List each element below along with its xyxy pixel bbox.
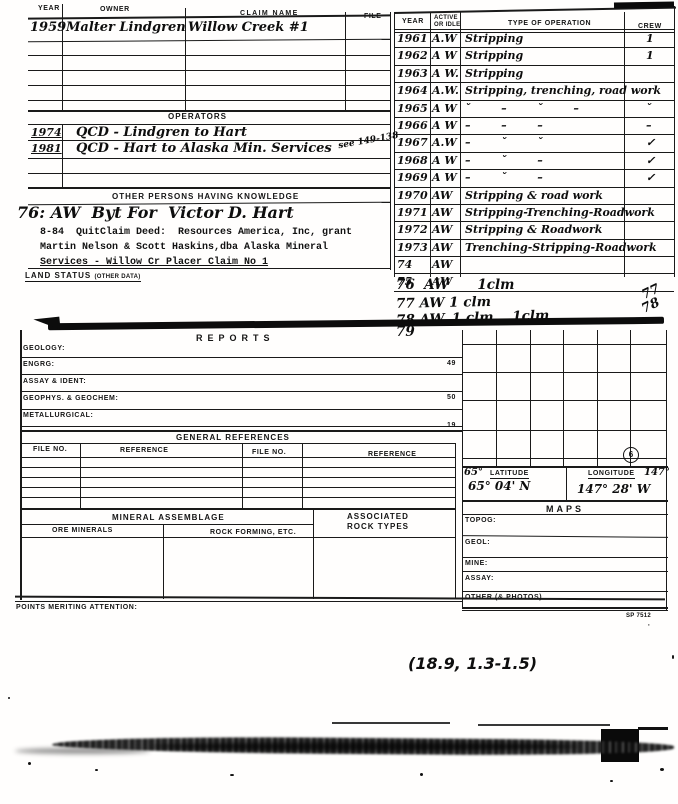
reports-row-geophys-geochem: GEOPHYS. & GEOCHEM: — [23, 395, 118, 402]
scan-speck — [8, 697, 10, 699]
scan-speck — [230, 774, 234, 776]
maps-row-geol: GEOL: — [465, 539, 490, 546]
activity-header-active: ACTIVE — [434, 15, 458, 21]
circled-number-6: 6 — [623, 447, 639, 463]
rule — [462, 571, 668, 572]
rule — [20, 508, 455, 510]
rule — [20, 457, 455, 458]
operators-title: OPERATORS — [168, 112, 227, 121]
cell-ai: A.W. — [430, 83, 460, 99]
rule — [28, 173, 390, 174]
cell-year: 1968 — [394, 153, 430, 169]
longitude-value: 147° 28' W — [577, 483, 650, 495]
divider — [163, 524, 164, 599]
divider — [242, 443, 243, 508]
scan-artifact-dash — [478, 724, 610, 726]
claim-entry-year: 1959 — [30, 21, 66, 34]
rule — [20, 497, 455, 498]
reports-row-metallurgical: METALLURGICAL: — [23, 412, 93, 419]
cell-crew: ✓ — [624, 153, 674, 169]
cell-op: – ˇ ˇ — [460, 135, 624, 151]
scan-smudge-core — [150, 742, 580, 751]
scan-smudge-tail — [15, 748, 150, 754]
rule — [462, 400, 666, 401]
cell-crew: 1 — [624, 31, 674, 47]
rule — [462, 535, 668, 538]
cell-year: 1971 — [394, 205, 430, 221]
divider — [630, 330, 631, 466]
ore-minerals-label: ORE MINERALS — [52, 527, 113, 534]
cell-crew: ✓ — [624, 135, 674, 151]
scan-mark: ‚ — [648, 621, 650, 627]
scan-speck — [610, 780, 613, 782]
operator-text: QCD - Lindgren to Hart — [76, 126, 247, 139]
ref-header-file-no-1: FILE NO. — [33, 446, 67, 453]
quitclaim-typed-line1: 8-84 QuitClaim Deed: Resources America, … — [40, 226, 352, 241]
divider — [496, 330, 497, 466]
claim-entry-name: Willow Creek #1 — [188, 21, 309, 34]
divider — [302, 443, 303, 508]
divider — [313, 508, 314, 599]
cell-ai: A.W — [430, 135, 460, 151]
divider — [345, 12, 346, 110]
divider — [80, 443, 81, 508]
cell-year: 1962 — [394, 48, 430, 64]
scanned-claim-record-card: YEAR OWNER CLAIM NAME FILE 1959 Malter L… — [0, 0, 678, 804]
land-status-text: LAND STATUS — [25, 271, 91, 280]
cell-op — [460, 257, 624, 273]
scan-speck — [672, 655, 674, 659]
scan-card-corner — [33, 317, 60, 333]
cell-year: 1961 — [394, 31, 430, 47]
rule — [20, 409, 462, 410]
rule — [20, 430, 462, 432]
rule — [28, 85, 390, 86]
cell-ai: A W — [430, 118, 460, 134]
cell-op: – – – — [460, 118, 624, 134]
other-persons-handwritten: 76: AW Byt For Victor D. Hart — [17, 205, 294, 221]
latitude-hand-prefix: 65° — [464, 468, 483, 478]
cell-op: – ˇ – — [460, 153, 624, 169]
maps-row-mine: MINE: — [465, 560, 488, 567]
operator-year: 1974 — [31, 127, 62, 138]
cell-ai: A W — [430, 101, 460, 117]
cell-op: – ˇ – — [460, 170, 624, 186]
rule — [28, 268, 390, 269]
divider — [20, 330, 22, 600]
associated-rock-types-line1: ASSOCIATED — [347, 512, 409, 521]
cell-op: Stripping-Trenching-Roadwork — [460, 205, 624, 221]
rule — [20, 467, 455, 468]
cell-crew — [624, 257, 674, 273]
cell-ai: A W. — [430, 66, 460, 82]
reports-row-engrg: ENGRG: — [23, 361, 55, 368]
activity-row: 1968A W– ˇ –✓ — [394, 153, 674, 170]
rule — [15, 601, 462, 602]
rule — [20, 391, 462, 392]
points-meriting-attention-label: POINTS MERITING ATTENTION: — [16, 604, 137, 611]
cell-ai: AW — [430, 240, 460, 256]
activity-row: 1966A W– – –– — [394, 118, 674, 135]
cell-year: 1967 — [394, 135, 430, 151]
cell-ai: AW — [430, 222, 460, 238]
activity-row: 1973AWTrenching-Stripping-Roadwork — [394, 240, 674, 257]
cell-year: 1969 — [394, 170, 430, 186]
cell-year: 1966 — [394, 118, 430, 134]
cell-ai: AW — [430, 257, 460, 273]
reports-side-number: 19 — [447, 422, 456, 429]
operator-text: QCD - Hart to Alaska Min. Services — [76, 142, 332, 155]
activity-row: 1964A.W.Stripping, trenching, road work — [394, 83, 674, 100]
mineral-assemblage-title: MINERAL ASSEMBLAGE — [112, 513, 225, 522]
activity-notes: 76 AW 1clm77 AW 1 clm7778 AW, 1 clm 1clm… — [396, 277, 674, 339]
associated-rock-types-line2: ROCK TYPES — [347, 522, 409, 531]
cell-crew: ✓ — [624, 170, 674, 186]
rule — [28, 55, 390, 56]
cell-year: 1970 — [394, 188, 430, 204]
cell-op: Stripping & road work — [460, 188, 624, 204]
cell-op: Trenching-Stripping-Roadwork — [460, 240, 624, 256]
claim-entry-owner: Malter Lindgren — [66, 21, 186, 34]
activity-row: 1965A Wˇ – ˇ –ˇ — [394, 101, 674, 118]
scan-artifact-dash — [638, 727, 668, 730]
cell-op: Stripping, trenching, road work — [460, 83, 624, 99]
rule — [20, 357, 462, 358]
rule — [462, 514, 668, 515]
rule — [20, 443, 455, 444]
cell-crew — [624, 66, 674, 82]
form-number: SP 7512 — [626, 613, 651, 619]
divider — [62, 124, 63, 187]
cell-year: 74 — [394, 257, 430, 273]
rule — [462, 591, 668, 592]
cell-ai: AW — [430, 205, 460, 221]
divider — [563, 330, 564, 466]
rule — [462, 466, 668, 468]
cell-ai: A W — [430, 170, 460, 186]
reports-title: REPORTS — [196, 333, 275, 343]
scan-artifact-bar — [614, 1, 674, 8]
activity-row: 1972AWStripping & Roadwork — [394, 222, 674, 239]
rule — [462, 557, 668, 558]
cell-crew — [624, 222, 674, 238]
cell-year: 1973 — [394, 240, 430, 256]
divider — [624, 12, 625, 277]
rule — [20, 487, 455, 488]
rule — [28, 14, 390, 19]
activity-table: 1961A.WStripping11962A WStripping11963A … — [394, 31, 674, 292]
longitude-label: LONGITUDE — [588, 470, 635, 479]
general-references-title: GENERAL REFERENCES — [176, 433, 290, 442]
divider — [394, 12, 395, 277]
activity-header-year: YEAR — [402, 18, 424, 25]
rule — [394, 29, 674, 30]
cell-op: Stripping — [460, 31, 624, 47]
rule — [28, 70, 390, 71]
activity-row: 1967A.W– ˇ ˇ✓ — [394, 135, 674, 152]
land-status-sub: (OTHER DATA) — [95, 274, 141, 280]
activity-row: 1963A W.Stripping — [394, 66, 674, 83]
quitclaim-typed-line2: Martin Nelson & Scott Haskins,dba Alaska… — [40, 241, 328, 256]
rule — [28, 100, 390, 101]
other-persons-title: OTHER PERSONS HAVING KNOWLEDGE — [112, 192, 299, 201]
activity-row: 1970AWStripping & road work — [394, 188, 674, 205]
divider — [597, 330, 598, 466]
maps-row-other-photos: OTHER (& PHOTOS) — [465, 594, 542, 601]
operator-year: 1981 — [31, 143, 62, 154]
rule — [20, 477, 455, 478]
rule — [28, 39, 390, 43]
divider — [530, 330, 531, 466]
divider — [455, 443, 456, 599]
cell-op: Stripping — [460, 66, 624, 82]
rule — [462, 372, 666, 373]
scan-speck — [660, 768, 664, 771]
activity-row: 1962A WStripping1 — [394, 48, 674, 65]
ref-header-reference-1: REFERENCE — [120, 447, 169, 454]
rule — [28, 158, 390, 159]
cell-crew: – — [624, 118, 674, 134]
ref-header-file-no-2: FILE NO. — [252, 449, 286, 456]
maps-row-assay: ASSAY: — [465, 575, 494, 582]
rule — [20, 524, 313, 525]
rule — [20, 426, 462, 427]
reports-side-number: 50 — [447, 394, 456, 401]
rule — [20, 374, 462, 375]
cell-crew — [624, 188, 674, 204]
cell-ai: AW — [430, 188, 460, 204]
scan-speck — [95, 769, 98, 771]
activity-header-operation: TYPE OF OPERATION — [508, 20, 591, 27]
maps-row-topog: TOPOG: — [465, 517, 496, 524]
longitude-hand-suffix: 147° — [644, 468, 670, 478]
reports-row-assay-ident: ASSAY & IDENT: — [23, 378, 86, 385]
cell-year: 1972 — [394, 222, 430, 238]
latitude-label: LATITUDE — [490, 470, 529, 479]
latitude-value: 65° 04' N — [468, 480, 530, 492]
cell-ai: A.W — [430, 31, 460, 47]
land-status-label: LAND STATUS (OTHER DATA) — [25, 271, 141, 280]
rule — [15, 596, 665, 601]
cell-year: 1965 — [394, 101, 430, 117]
activity-row: 74AW — [394, 257, 674, 274]
divider — [430, 12, 431, 277]
cell-ai: A W — [430, 48, 460, 64]
activity-row: 1969A W– ˇ –✓ — [394, 170, 674, 187]
rock-forming-label: ROCK FORMING, ETC. — [210, 529, 296, 536]
scan-speck — [28, 762, 31, 765]
reports-row-geology: GEOLOGY: — [23, 345, 65, 352]
handwritten-note: (18.9, 1.3-1.5) — [408, 656, 537, 672]
divider — [674, 6, 675, 277]
cell-op: ˇ – ˇ – — [460, 101, 624, 117]
cell-year: 1964 — [394, 83, 430, 99]
cell-crew: 1 — [624, 48, 674, 64]
reports-side-number: 49 — [447, 360, 456, 367]
scan-speck — [420, 773, 423, 776]
rule — [462, 500, 668, 502]
activity-row: 1971AWStripping-Trenching-Roadwork — [394, 205, 674, 222]
rule — [20, 537, 455, 538]
activity-row: 1961A.WStripping1 — [394, 31, 674, 48]
cell-crew: ˇ — [624, 101, 674, 117]
activity-header-or-idle: OR IDLE — [434, 22, 460, 28]
maps-title: MAPS — [546, 504, 584, 514]
scan-artifact-dash — [332, 722, 450, 724]
divider — [566, 466, 567, 500]
cell-ai: A W — [430, 153, 460, 169]
rule — [28, 187, 390, 189]
cell-op: Stripping — [460, 48, 624, 64]
claim-table-header-owner: OWNER — [100, 6, 130, 13]
cell-op: Stripping & Roadwork — [460, 222, 624, 238]
cell-year: 1963 — [394, 66, 430, 82]
rule — [462, 344, 666, 345]
rule — [462, 607, 668, 609]
rule — [462, 610, 668, 611]
claim-table-header-year: YEAR — [38, 5, 60, 12]
rule — [462, 430, 666, 431]
